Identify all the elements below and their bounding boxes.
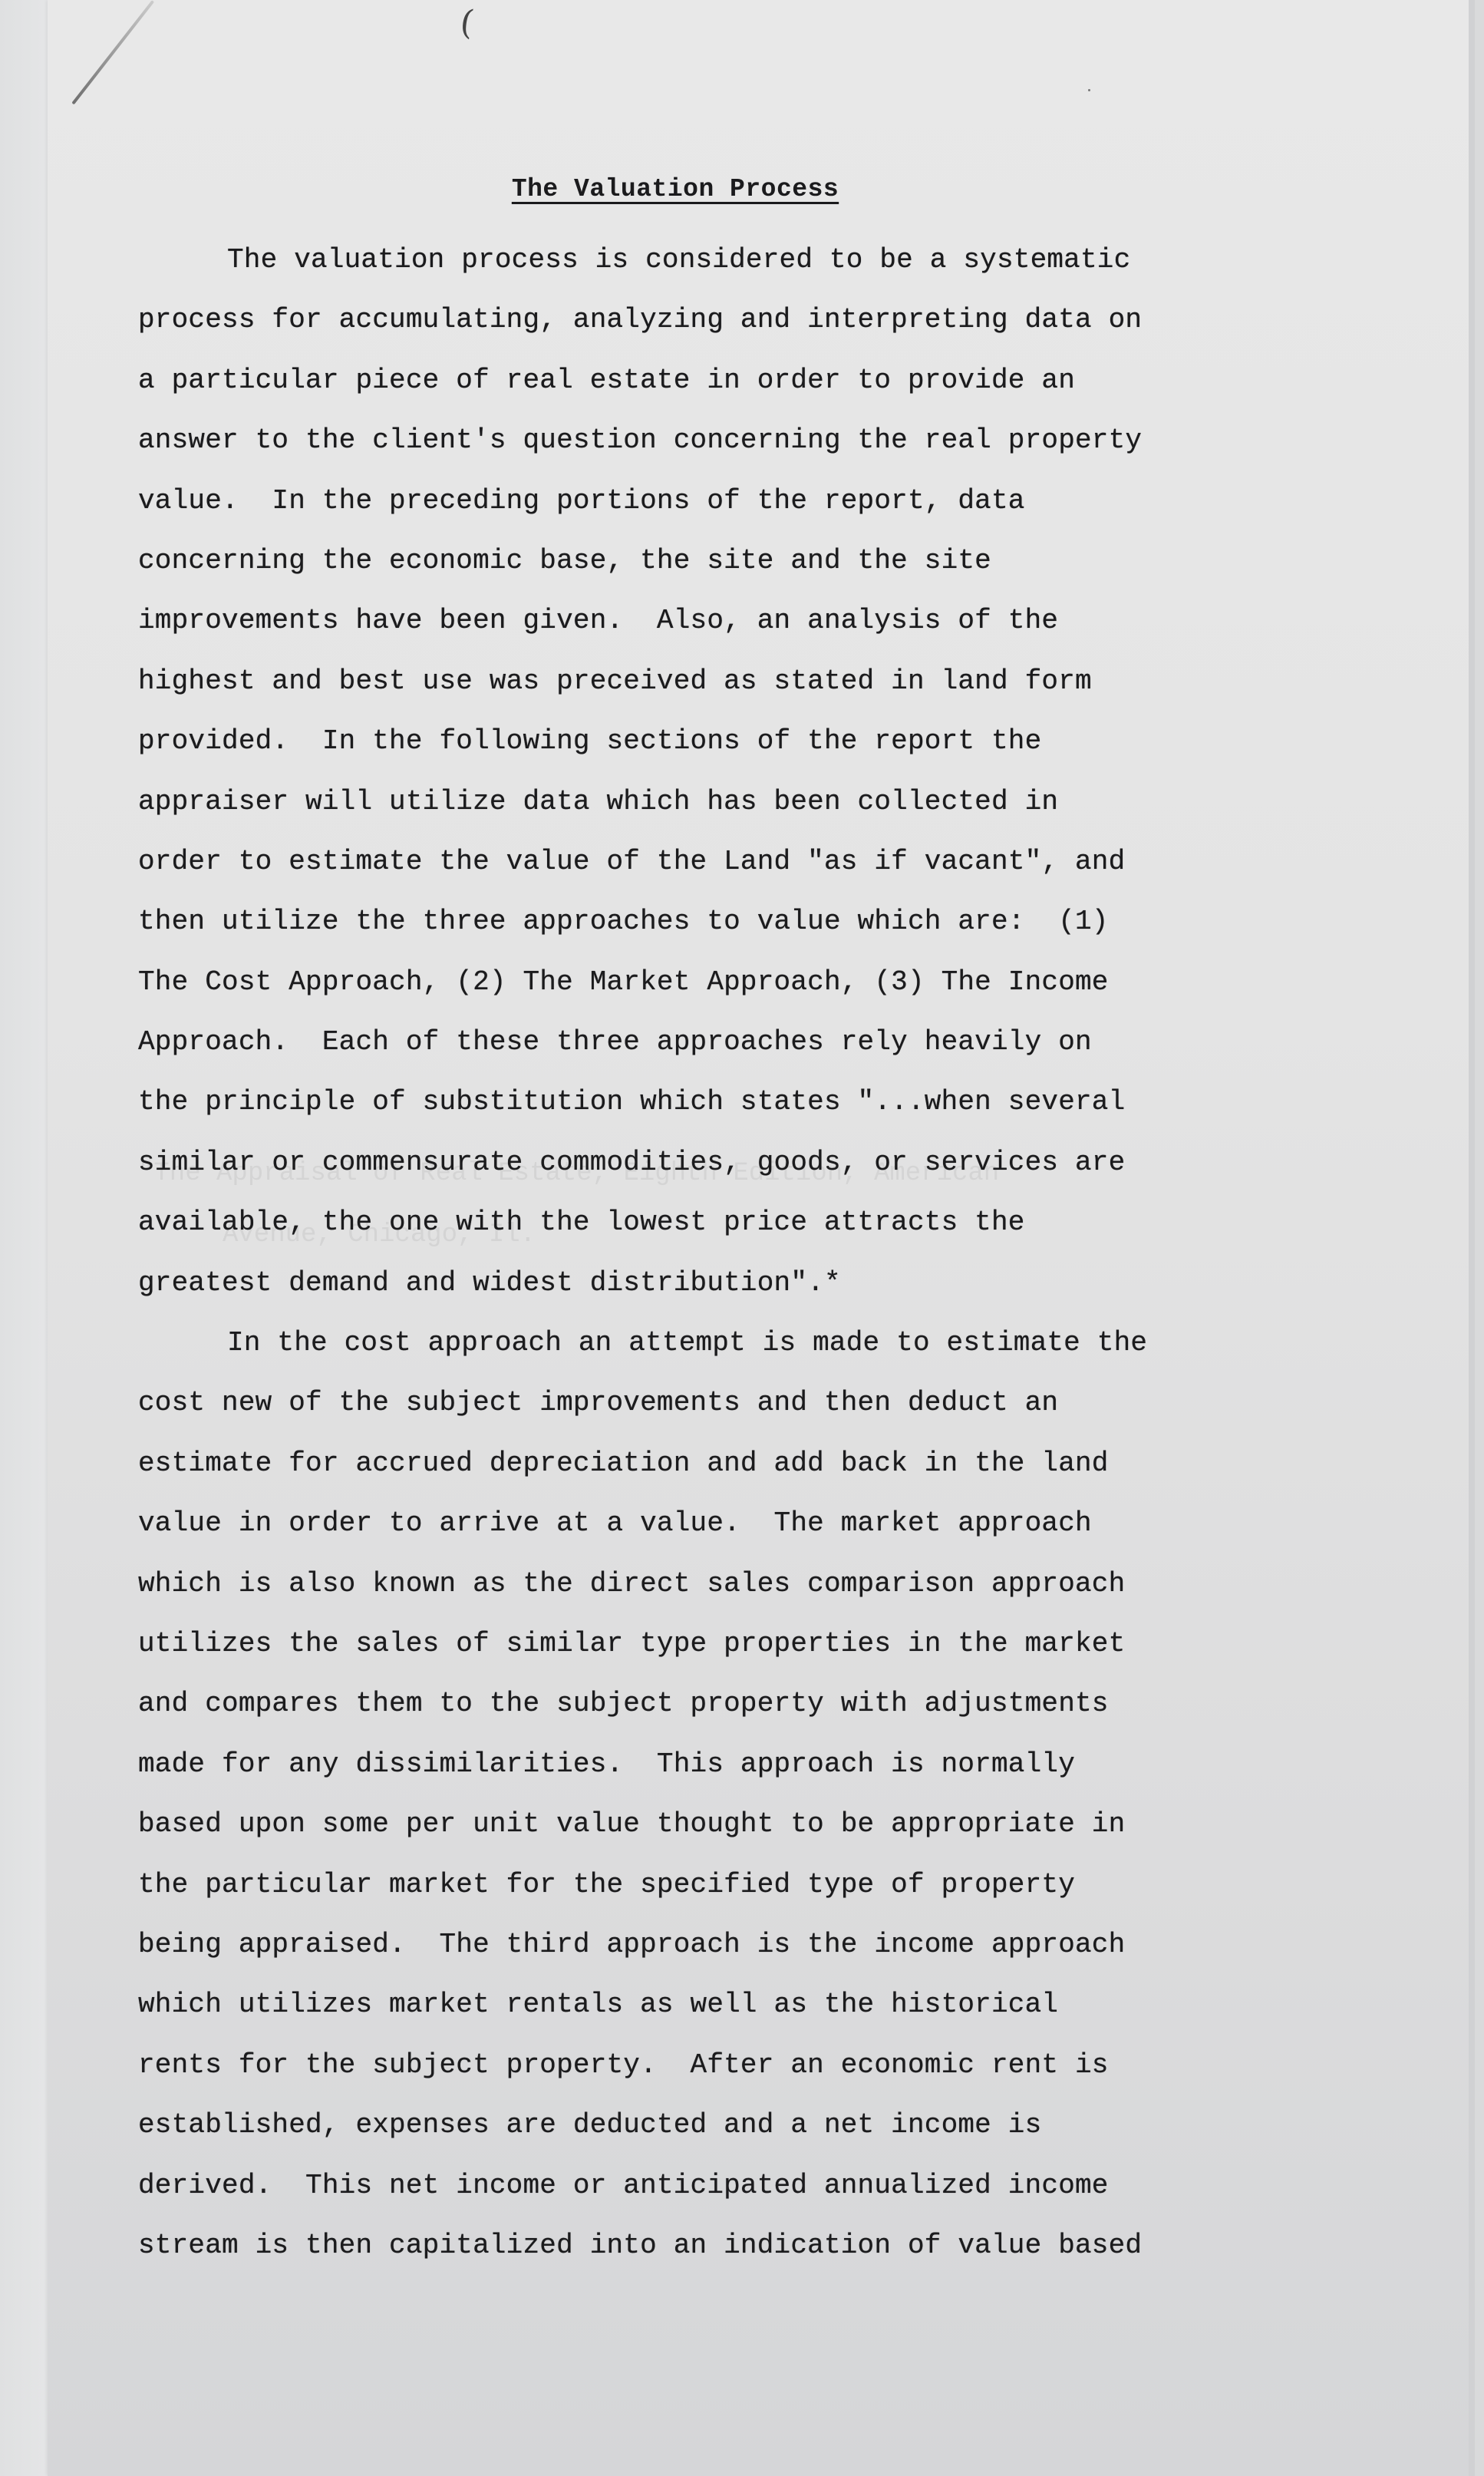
text-line: a particular piece of real estate in ord… bbox=[138, 351, 1335, 411]
text-line: Approach. Each of these three approaches… bbox=[138, 1012, 1335, 1072]
paragraph: The valuation process is considered to b… bbox=[138, 230, 1335, 1313]
text-line: The valuation process is considered to b… bbox=[138, 230, 1335, 290]
page-title-text: The Valuation Process bbox=[512, 175, 839, 203]
text-line: answer to the client's question concerni… bbox=[138, 411, 1335, 470]
document-body: The valuation process is considered to b… bbox=[138, 230, 1335, 2276]
text-line: process for accumulating, analyzing and … bbox=[138, 290, 1335, 350]
text-line: and compares them to the subject propert… bbox=[138, 1674, 1335, 1734]
text-line: appraiser will utilize data which has be… bbox=[138, 772, 1335, 832]
text-line: greatest demand and widest distribution"… bbox=[138, 1253, 1335, 1313]
text-line: being appraised. The third approach is t… bbox=[138, 1915, 1335, 1975]
text-line: which utilizes market rentals as well as… bbox=[138, 1975, 1335, 2035]
text-line: the principle of substitution which stat… bbox=[138, 1072, 1335, 1132]
text-line: available, the one with the lowest price… bbox=[138, 1193, 1335, 1253]
text-line: provided. In the following sections of t… bbox=[138, 711, 1335, 771]
text-line: the particular market for the specified … bbox=[138, 1855, 1335, 1915]
text-line: based upon some per unit value thought t… bbox=[138, 1794, 1335, 1854]
text-line: estimate for accrued depreciation and ad… bbox=[138, 1434, 1335, 1494]
text-line: derived. This net income or anticipated … bbox=[138, 2156, 1335, 2216]
text-line: improvements have been given. Also, an a… bbox=[138, 591, 1335, 651]
text-line: concerning the economic base, the site a… bbox=[138, 531, 1335, 591]
text-line: made for any dissimilarities. This appro… bbox=[138, 1735, 1335, 1794]
text-line: value. In the preceding portions of the … bbox=[138, 471, 1335, 531]
paragraph: In the cost approach an attempt is made … bbox=[138, 1313, 1335, 2276]
text-line: In the cost approach an attempt is made … bbox=[138, 1313, 1335, 1373]
text-line: highest and best use was preceived as st… bbox=[138, 652, 1335, 711]
page-edge bbox=[1469, 0, 1475, 2476]
text-line: order to estimate the value of the Land … bbox=[138, 832, 1335, 892]
text-line: value in order to arrive at a value. The… bbox=[138, 1494, 1335, 1553]
text-line: The Cost Approach, (2) The Market Approa… bbox=[138, 952, 1335, 1012]
text-line: utilizes the sales of similar type prope… bbox=[138, 1614, 1335, 1674]
text-line: stream is then capitalized into an indic… bbox=[138, 2216, 1335, 2276]
text-line: established, expenses are deducted and a… bbox=[138, 2095, 1335, 2155]
page-title: The Valuation Process bbox=[0, 175, 1350, 203]
text-line: then utilize the three approaches to val… bbox=[138, 892, 1335, 952]
text-line: which is also known as the direct sales … bbox=[138, 1554, 1335, 1614]
text-line: cost new of the subject improvements and… bbox=[138, 1373, 1335, 1433]
text-line: similar or commensurate commodities, goo… bbox=[138, 1133, 1335, 1193]
paper-speck bbox=[1088, 89, 1090, 91]
text-line: rents for the subject property. After an… bbox=[138, 2035, 1335, 2095]
